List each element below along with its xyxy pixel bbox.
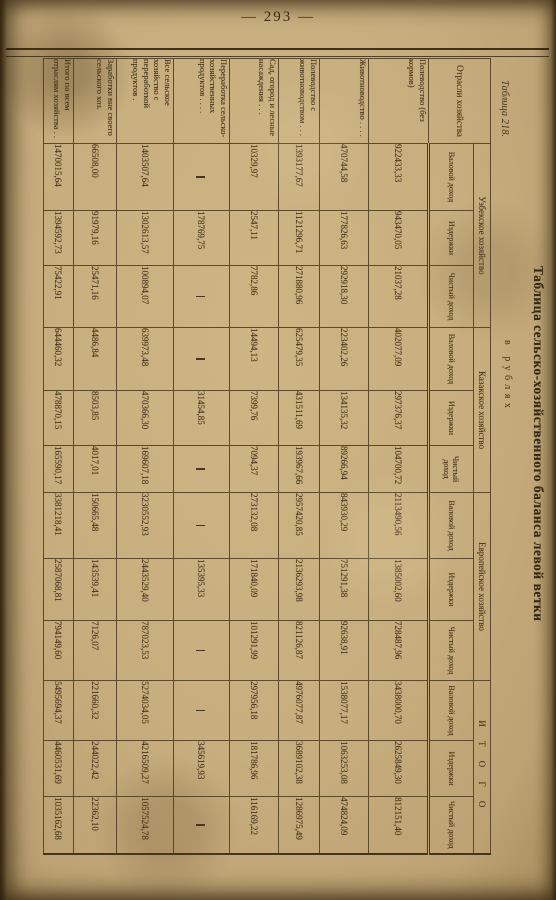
value-cell: 91979,16 [74,211,117,266]
value-header-gross: Валовой доход [429,328,474,391]
value-cell: 7399,76 [230,391,279,446]
empty-value-dash [196,824,205,826]
value-cell: 1385002,60 [369,559,429,621]
value-cell: 1063253,08 [320,741,369,797]
row-label: Все сельское хозяйство с переработкой пр… [117,59,174,144]
value-cell: 794149,60 [44,621,74,681]
value-cell: 2136293,98 [279,559,320,621]
table-row: Полеводство (без кормов)922433,33943470,… [369,59,429,854]
value-cell: 4017,01 [74,446,117,493]
group-header-kazak: Казакское хозяйство [474,328,491,493]
value-cell [174,328,230,391]
value-cell: 1121296,71 [279,211,320,266]
table-row: Животноводство . . . .470744,58177826,63… [320,59,369,854]
value-cell [174,144,230,211]
table-row: Переработка сельско-хозяйственных продук… [174,59,230,854]
value-cell: 66508,00 [74,144,117,211]
value-cell: 7782,86 [230,266,279,328]
value-cell: 271880,96 [279,266,320,328]
value-cell: 14494,13 [230,328,279,391]
value-cell: 345619,93 [174,741,230,797]
value-cell: 116169,22 [230,797,279,854]
left-page-edge-shadow [0,0,7,900]
value-cell: 431511,69 [279,391,320,446]
table-row: Все сельское хозяйство с переработкой пр… [117,59,174,854]
row-label: Полеводство с животноводством . . . [279,59,320,144]
header-double-rule [6,48,549,57]
value-header-net: Чистый доход [429,446,474,493]
value-header-gross: Валовой доход [429,144,474,211]
value-cell: 171840,09 [230,559,279,621]
value-cell: 193967,66 [279,446,320,493]
value-cell: 4486,84 [74,328,117,391]
value-cell: 181786,96 [230,741,279,797]
value-cell: 273132,08 [230,493,279,559]
value-cell: 4976077,87 [279,681,320,741]
value-cell: 843930,29 [320,493,369,559]
value-header-costs: Издерж­ки [429,559,474,621]
value-cell: 143539,41 [74,559,117,621]
corner-header: Отрасли хозяйства [429,59,491,144]
value-cell [174,493,230,559]
value-cell: 625479,35 [279,328,320,391]
group-header-total: И Т О Г О [474,681,491,854]
group-header-european: Европейское хозяйство [474,493,491,681]
value-cell: 639973,48 [117,328,174,391]
value-cell: 221660,32 [74,681,117,741]
row-label: Сад, огород и лесные насаждения . . . [230,59,279,144]
empty-value-dash [196,176,205,178]
value-header-net: Чистый доход [429,797,474,854]
group-header-uzbek: Узбекское хозяйство [474,144,491,328]
value-header-costs: Издерж­ки [429,211,474,266]
value-cell: 1538077,17 [320,681,369,741]
value-cell: 812151,40 [369,797,429,854]
value-header-costs: Издерж­ки [429,391,474,446]
page-number: — 293 — [0,9,556,26]
table-number-note: Таблица 218. [493,80,510,160]
value-cell: 244022,42 [74,741,117,797]
value-cell: 1302613,57 [117,211,174,266]
value-cell: 3438000,70 [369,681,429,741]
value-cell: 169607,18 [117,446,174,493]
right-page-edge-shadow [551,0,556,900]
empty-value-dash [196,468,205,470]
value-cell: 2113490,56 [369,493,429,559]
value-cell: 22362,10 [74,797,117,854]
value-cell: 5274034,05 [117,681,174,741]
value-cell: 2587068,81 [44,559,74,621]
empty-value-dash [196,525,205,527]
value-cell: 1035162,68 [44,797,74,854]
value-cell: 728487,96 [369,621,429,681]
empty-value-dash [196,296,205,298]
value-header-gross: Валовой доход [429,681,474,741]
units-note: в рублях [497,340,513,510]
value-cell: 21037,28 [369,266,429,328]
row-label: Переработка сельско-хозяйственных продук… [174,59,230,144]
value-cell: 7094,37 [230,446,279,493]
value-cell: 2625849,30 [369,741,429,797]
value-cell: 470366,30 [117,391,174,446]
value-cell: 1286975,49 [279,797,320,854]
value-cell: 4460531,69 [44,741,74,797]
value-cell: 4216509,27 [117,741,174,797]
value-cell [174,797,230,854]
value-cell: 297956,18 [230,681,279,741]
value-header-gross: Валовой доход [429,493,474,559]
value-cell [174,266,230,328]
value-cell: 75422,91 [44,266,74,328]
value-cell: 402077,09 [369,328,429,391]
value-cell: 10329,97 [230,144,279,211]
value-header-net: Чистый доход [429,266,474,328]
value-cell: 3689102,38 [279,741,320,797]
empty-value-dash [196,358,205,360]
value-cell: 1403507,64 [117,144,174,211]
row-label: Заработки вне своего сельского хоз. [74,59,117,144]
value-cell: 177826,63 [320,211,369,266]
value-cell: 1393177,67 [279,144,320,211]
value-cell: 150665,48 [74,493,117,559]
value-header-costs: Издерж­ки [429,741,474,797]
value-cell: 292918,30 [320,266,369,328]
table-row: Сад, огород и лесные насаждения . . .103… [230,59,279,854]
value-cell: 3230552,93 [117,493,174,559]
value-cell: 8503,85 [74,391,117,446]
value-cell: 2443529,40 [117,559,174,621]
agricultural-balance-table: Отрасли хозяйства Узбекское хозяйство Ка… [43,58,491,855]
value-cell: 922433,33 [369,144,429,211]
value-cell: 1470015,64 [44,144,74,211]
value-cell: 89266,94 [320,446,369,493]
value-cell: 478870,15 [44,391,74,446]
value-cell: 474824,09 [320,797,369,854]
table-row: Полеводство с животноводством . . .13931… [279,59,320,854]
value-cell: 297376,37 [369,391,429,446]
value-cell: 223402,26 [320,328,369,391]
value-cell: 644460,32 [44,328,74,391]
value-cell: 178769,75 [174,211,230,266]
table-row: Итого по всем отраслям хозяйства . .1470… [44,59,74,854]
value-cell: 92638,91 [320,621,369,681]
scanned-book-page: — 293 — Отрасли хозяйства Узбекское хозя… [0,0,556,900]
value-cell: 25471,16 [74,266,117,328]
value-cell: 1057524,78 [117,797,174,854]
value-cell [174,621,230,681]
value-cell [174,446,230,493]
value-header-net: Чистый доход [429,621,474,681]
value-cell: 470744,58 [320,144,369,211]
value-cell: 7126,07 [74,621,117,681]
value-cell: 135395,33 [174,559,230,621]
value-cell: 104700,72 [369,446,429,493]
row-label: Итого по всем отраслям хозяйства . . [44,59,74,144]
value-cell: 134135,32 [320,391,369,446]
value-cell: 3381218,41 [44,493,74,559]
value-cell: 821126,87 [279,621,320,681]
value-cell [174,681,230,741]
value-cell: 751291,38 [320,559,369,621]
table-title: Таблица сельско-хозяйственного баланса л… [514,238,546,650]
value-cell: 2547,11 [230,211,279,266]
value-cell: 100894,07 [117,266,174,328]
empty-value-dash [196,650,205,652]
rotated-table-wrapper: Отрасли хозяйства Узбекское хозяйство Ка… [42,58,491,855]
value-cell: 31454,85 [174,391,230,446]
empty-value-dash [196,710,205,712]
value-cell: 165590,17 [44,446,74,493]
row-label: Полеводство (без кормов) [369,59,429,144]
value-cell: 787023,53 [117,621,174,681]
value-cell: 943470,05 [369,211,429,266]
row-label: Животноводство . . . . [320,59,369,144]
value-cell: 101291,99 [230,621,279,681]
table-row: Заработки вне своего сельского хоз.66508… [74,59,117,854]
value-cell: 2957420,85 [279,493,320,559]
value-cell: 1394592,73 [44,211,74,266]
value-cell: 5495694,37 [44,681,74,741]
